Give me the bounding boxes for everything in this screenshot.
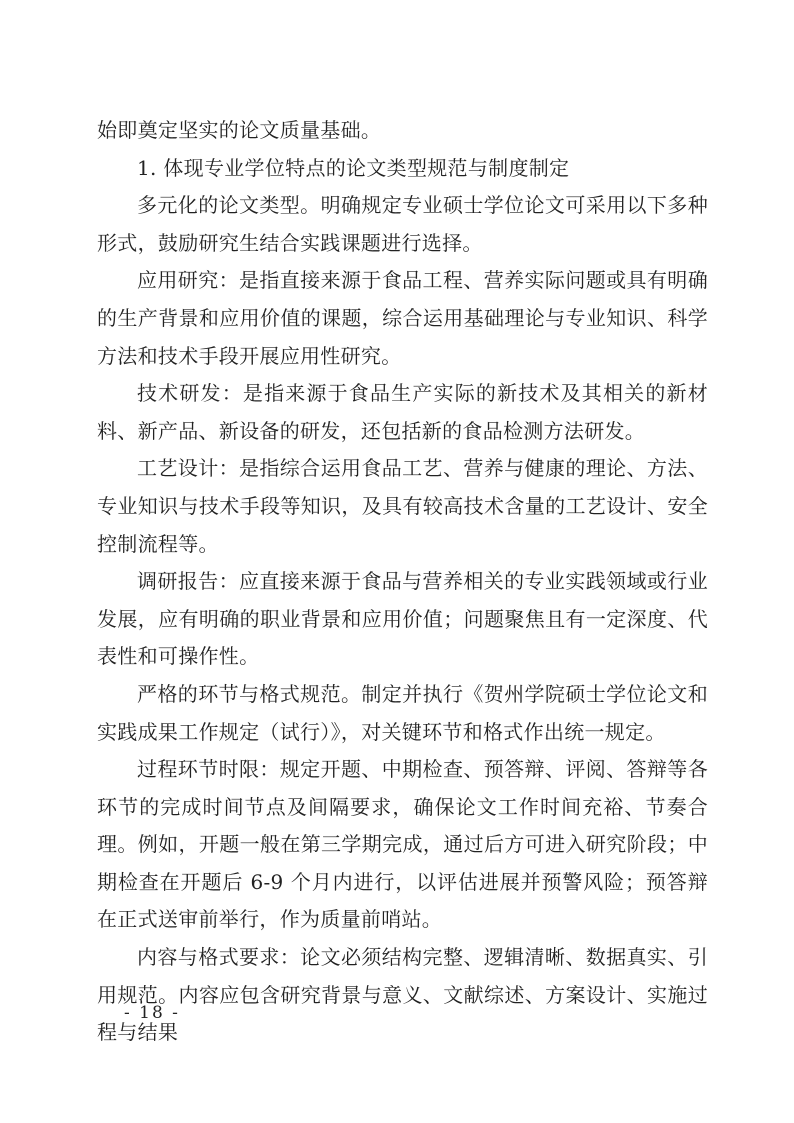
paragraph: 始即奠定坚实的论文质量基础。 [97,112,708,150]
paragraph: 应用研究：是指直接来源于食品工程、营养实际问题或具有明确的生产背景和应用价值的课… [97,262,708,375]
paragraph: 严格的环节与格式规范。制定并执行《贺州学院硕士学位论文和实践成果工作规定（试行）… [97,676,708,751]
paragraph: 工艺设计：是指综合运用食品工艺、营养与健康的理论、方法、专业知识与技术手段等知识… [97,450,708,563]
section-heading: 1. 体现专业学位特点的论文类型规范与制度制定 [97,150,708,188]
paragraph: 调研报告：应直接来源于食品与营养相关的专业实践领域或行业发展，应有明确的职业背景… [97,563,708,676]
paragraph: 技术研发：是指来源于食品生产实际的新技术及其相关的新材料、新产品、新设备的研发，… [97,375,708,450]
document-body: 始即奠定坚实的论文质量基础。 1. 体现专业学位特点的论文类型规范与制度制定 多… [97,112,708,1052]
page-number: - 18 - [124,1003,180,1023]
paragraph: 多元化的论文类型。明确规定专业硕士学位论文可采用以下多种形式，鼓励研究生结合实践… [97,187,708,262]
document-page: 始即奠定坚实的论文质量基础。 1. 体现专业学位特点的论文类型规范与制度制定 多… [0,0,794,1123]
paragraph: 过程环节时限：规定开题、中期检查、预答辩、评阅、答辩等各环节的完成时间节点及间隔… [97,751,708,939]
paragraph: 内容与格式要求：论文必须结构完整、逻辑清晰、数据真实、引用规范。内容应包含研究背… [97,939,708,1052]
